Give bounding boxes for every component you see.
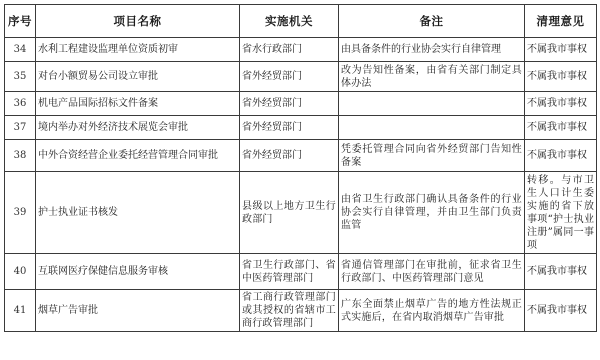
- cell-opinion: 转移。与市卫生人口计生委实施的省下放事项“护士执业注册”属同一事项: [525, 172, 597, 254]
- table-row: 36 机电产品国际招标文件备案 省外经贸部门 不属我市事权: [5, 92, 597, 116]
- cell-agency: 省外经贸部门: [240, 92, 339, 116]
- cell-opinion: 不属我市事权: [525, 290, 597, 332]
- cell-name: 中外合资经营企业委托经营管理合同审批: [36, 140, 240, 172]
- cell-agency: 县级以上地方卫生行政部门: [240, 172, 339, 254]
- cell-note: 凭委托管理合同向省外经贸部门告知性备案: [339, 140, 525, 172]
- header-item-name: 项目名称: [36, 5, 240, 38]
- cell-name: 水利工程建设监理单位资质初审: [36, 38, 240, 62]
- cell-note: 广东全面禁止烟草广告的地方性法规正式实施后，在省内取消烟草广告审批: [339, 290, 525, 332]
- cell-no: 36: [5, 92, 36, 116]
- cell-opinion: 不属我市事权: [525, 62, 597, 92]
- cell-no: 40: [5, 254, 36, 290]
- cell-note: 改为告知性备案，由省有关部门制定具体办法: [339, 62, 525, 92]
- cell-name: 护士执业证书核发: [36, 172, 240, 254]
- cell-note: 省通信管理部门在审批前，征求省卫生行政部门、中医药管理部门意见: [339, 254, 525, 290]
- header-agency: 实施机关: [240, 5, 339, 38]
- table-row: 40 互联网医疗保健信息服务审核 省卫生行政部门、省中医药管理部门 省通信管理部…: [5, 254, 597, 290]
- cell-opinion: 不属我市事权: [525, 254, 597, 290]
- cell-agency: 省外经贸部门: [240, 140, 339, 172]
- cell-no: 35: [5, 62, 36, 92]
- cell-agency: 省卫生行政部门、省中医药管理部门: [240, 254, 339, 290]
- cell-name: 境内举办对外经济技术展览会审批: [36, 116, 240, 140]
- administrative-items-table: 序号 项目名称 实施机关 备注 清理意见 34 水利工程建设监理单位资质初审 省…: [4, 4, 597, 332]
- table-row: 37 境内举办对外经济技术展览会审批 省外经贸部门 不属我市事权: [5, 116, 597, 140]
- header-opinion: 清理意见: [525, 5, 597, 38]
- table-row: 38 中外合资经营企业委托经营管理合同审批 省外经贸部门 凭委托管理合同向省外经…: [5, 140, 597, 172]
- cell-opinion: 不属我市事权: [525, 140, 597, 172]
- cell-opinion: 不属我市事权: [525, 116, 597, 140]
- cell-note: 由省卫生行政部门确认具备条件的行业协会实行自律管理，并由卫生部门负责监管: [339, 172, 525, 254]
- cell-agency: 省水行政部门: [240, 38, 339, 62]
- cell-name: 机电产品国际招标文件备案: [36, 92, 240, 116]
- table-row: 39 护士执业证书核发 县级以上地方卫生行政部门 由省卫生行政部门确认具备条件的…: [5, 172, 597, 254]
- cell-agency: 省工商行政管理部门或其授权的省辖市工商行政管理部门: [240, 290, 339, 332]
- header-serial-no: 序号: [5, 5, 36, 38]
- cell-no: 39: [5, 172, 36, 254]
- cell-no: 34: [5, 38, 36, 62]
- header-note: 备注: [339, 5, 525, 38]
- cell-no: 37: [5, 116, 36, 140]
- cell-note: 由具备条件的行业协会实行自律管理: [339, 38, 525, 62]
- cell-opinion: 不属我市事权: [525, 92, 597, 116]
- cell-agency: 省外经贸部门: [240, 116, 339, 140]
- cell-note: [339, 116, 525, 140]
- cell-no: 41: [5, 290, 36, 332]
- cell-note: [339, 92, 525, 116]
- cell-opinion: 不属我市事权: [525, 38, 597, 62]
- table-row: 34 水利工程建设监理单位资质初审 省水行政部门 由具备条件的行业协会实行自律管…: [5, 38, 597, 62]
- cell-name: 互联网医疗保健信息服务审核: [36, 254, 240, 290]
- cell-name: 对台小额贸易公司设立审批: [36, 62, 240, 92]
- cell-name: 烟草广告审批: [36, 290, 240, 332]
- cell-agency: 省外经贸部门: [240, 62, 339, 92]
- table-row: 41 烟草广告审批 省工商行政管理部门或其授权的省辖市工商行政管理部门 广东全面…: [5, 290, 597, 332]
- table-header-row: 序号 项目名称 实施机关 备注 清理意见: [5, 5, 597, 38]
- table-row: 35 对台小额贸易公司设立审批 省外经贸部门 改为告知性备案，由省有关部门制定具…: [5, 62, 597, 92]
- cell-no: 38: [5, 140, 36, 172]
